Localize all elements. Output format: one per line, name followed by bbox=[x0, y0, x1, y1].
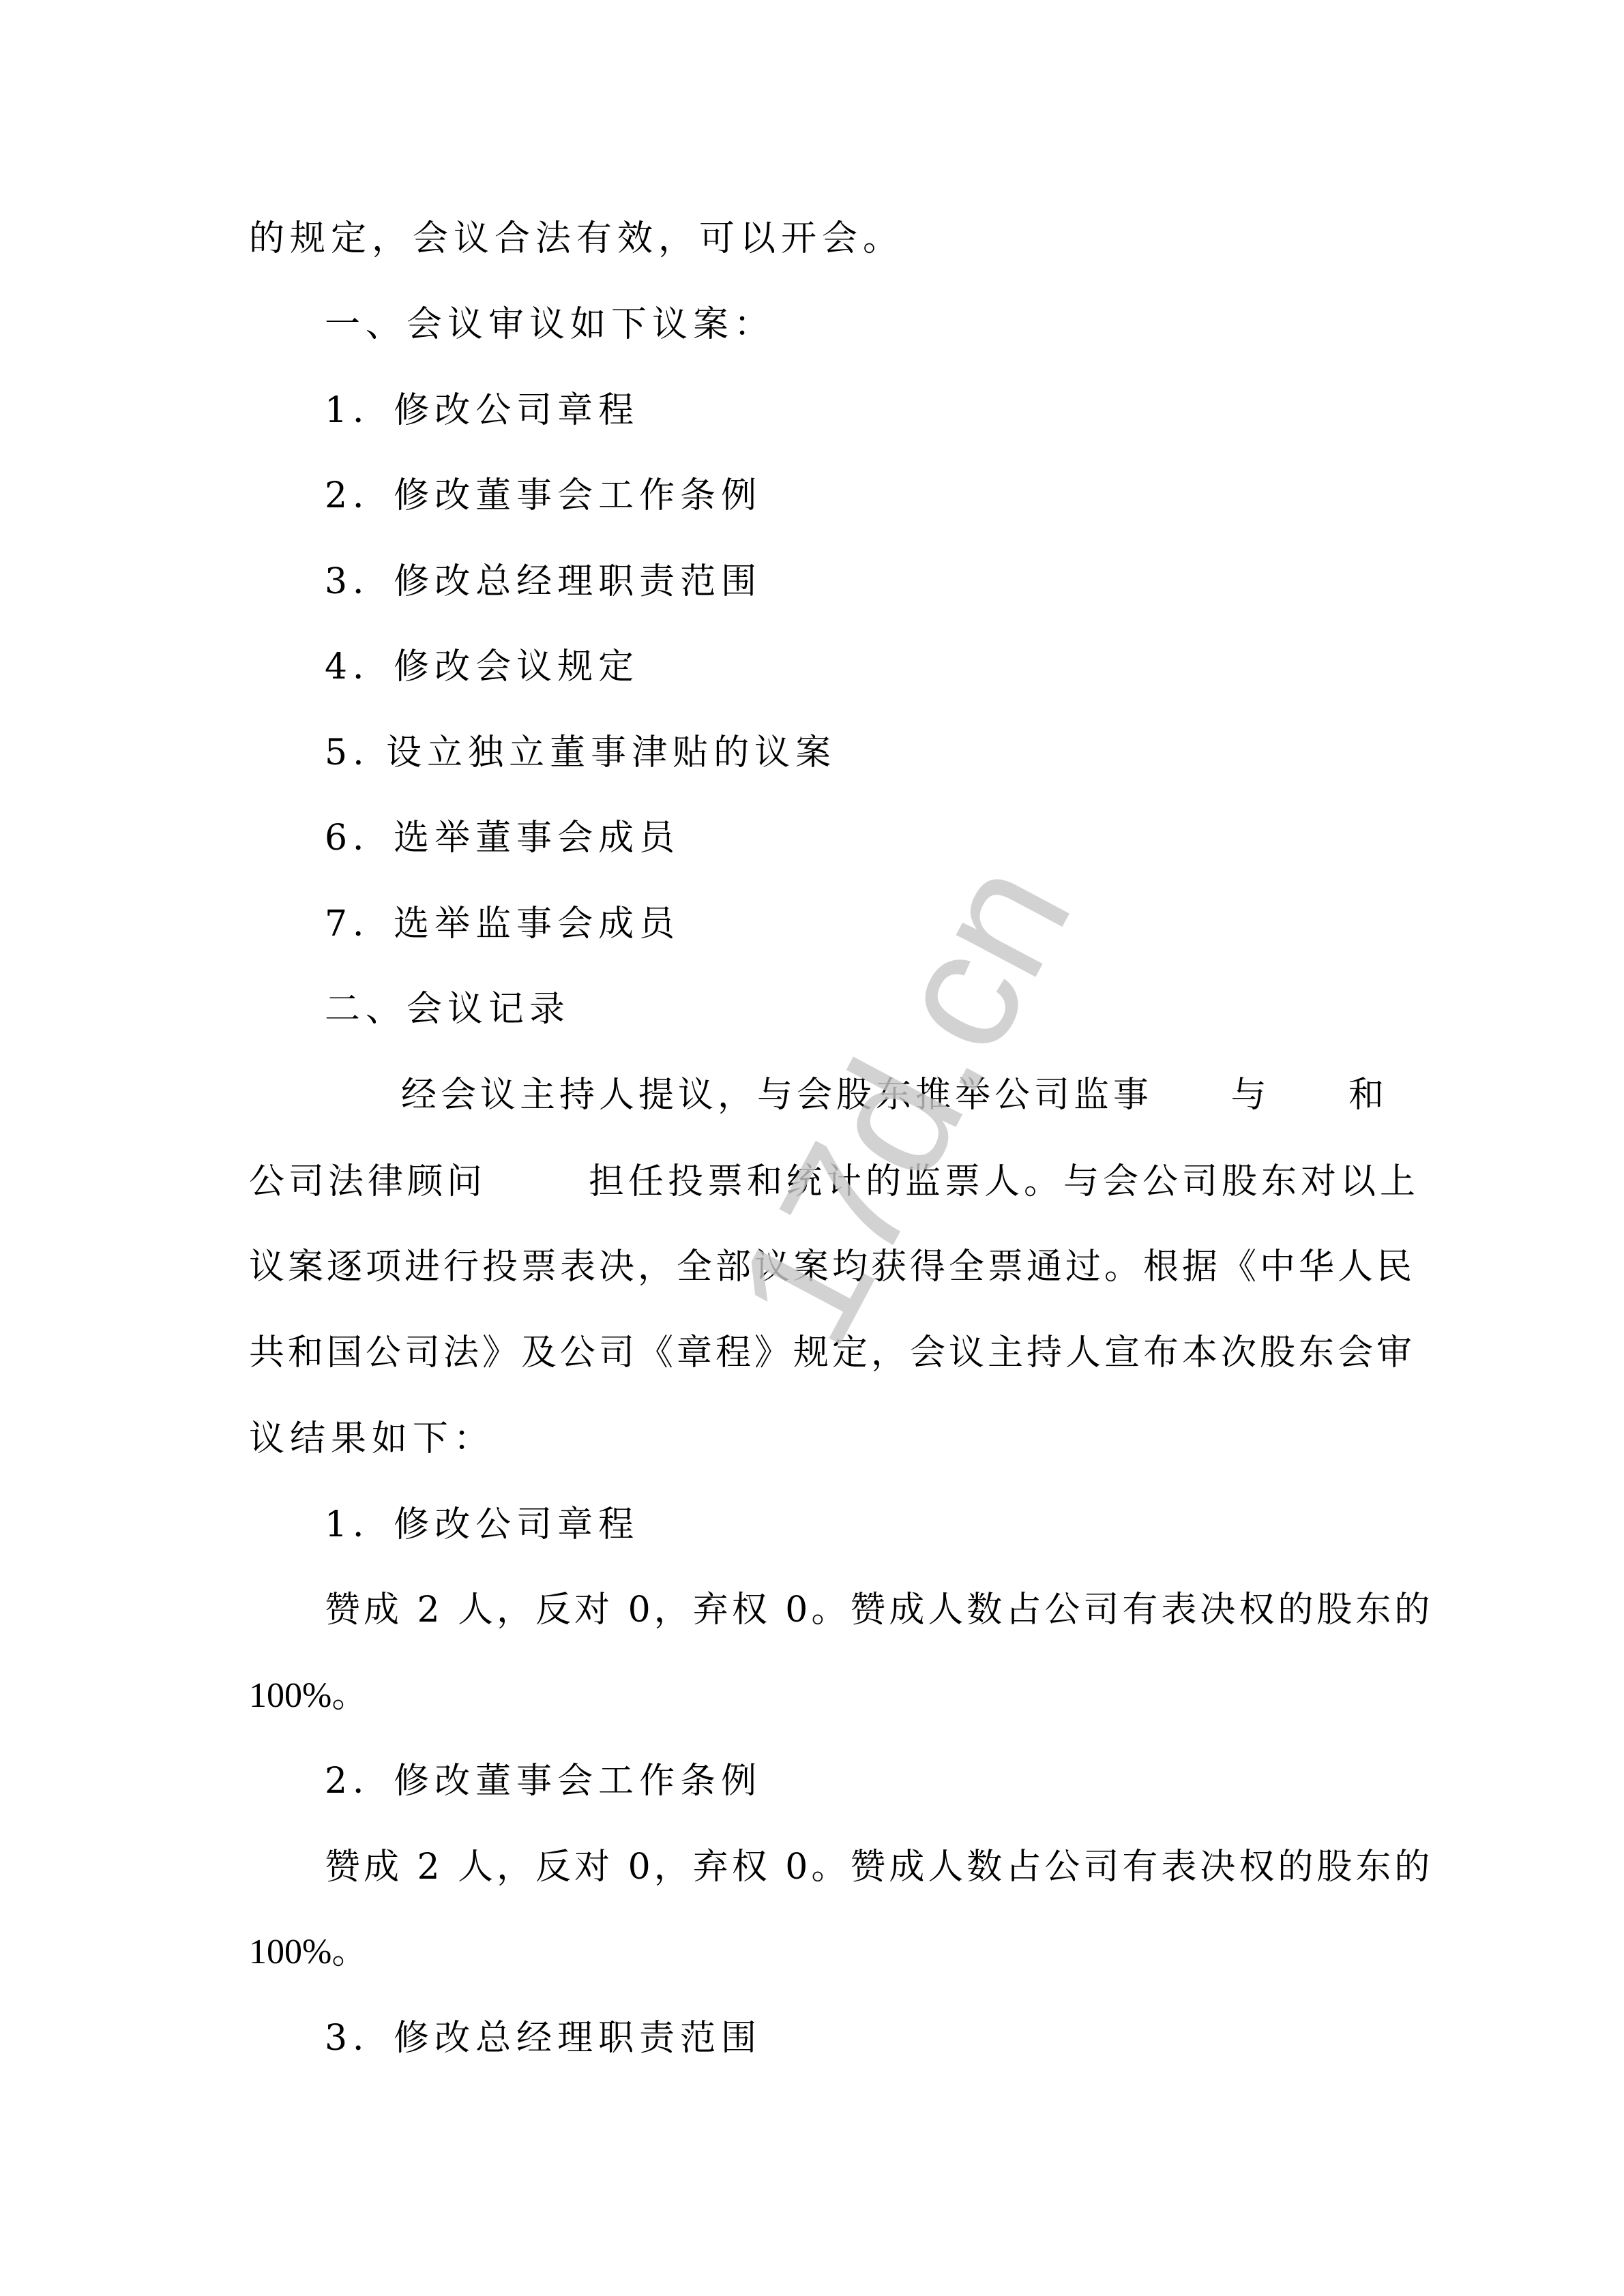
agenda-item: 1．修改公司章程 bbox=[325, 389, 639, 432]
record-text: 与 bbox=[1230, 1073, 1270, 1117]
record-line-4: 共和国公司法》及公司《章程》规定，会议主持人宣布本次股东会审 bbox=[249, 1331, 1415, 1375]
document-page: 的规定，会议合法有效，可以开会。 一、会议审议如下议案： 1．修改公司章程 2．… bbox=[0, 0, 1624, 2296]
result-percentage: 100%。 bbox=[249, 1674, 367, 1718]
agenda-item: 7．选举监事会成员 bbox=[325, 902, 680, 946]
record-text: 经会议主持人提议，与会股东推举公司监事 bbox=[401, 1073, 1153, 1117]
record-text: 担任投票和统计的监票人。与会公司股东对以上 bbox=[589, 1161, 1419, 1202]
record-line-2: 公司法律顾问担任投票和统计的监票人。与会公司股东对以上 bbox=[249, 1160, 1419, 1204]
agenda-item: 5. 设立独立董事津贴的议案 bbox=[325, 731, 836, 775]
section-heading-record: 二、会议记录 bbox=[325, 987, 570, 1031]
record-line-5: 议结果如下： bbox=[249, 1417, 494, 1461]
record-line-1: 经会议主持人提议，与会股东推举公司监事 与 和 bbox=[401, 1073, 1388, 1117]
agenda-item: 4．修改会议规定 bbox=[325, 645, 639, 689]
paragraph-continuation: 的规定，会议合法有效，可以开会。 bbox=[249, 217, 904, 260]
section-heading-agenda: 一、会议审议如下议案： bbox=[325, 303, 775, 346]
result-title: 3．修改总经理职责范围 bbox=[325, 2016, 762, 2060]
agenda-item: 3．修改总经理职责范围 bbox=[325, 560, 762, 603]
result-percentage: 100%。 bbox=[249, 1930, 367, 1974]
record-line-3: 议案逐项进行投票表决，全部议案均获得全票通过。根据《中华人民 bbox=[249, 1245, 1415, 1289]
record-text: 公司法律顾问 bbox=[249, 1161, 486, 1202]
result-title: 2．修改董事会工作条例 bbox=[325, 1759, 762, 1803]
result-vote: 赞成 2 人，反对 0，弃权 0。赞成人数占公司有表决权的股东的 bbox=[325, 1845, 1433, 1889]
agenda-item: 2．修改董事会工作条例 bbox=[325, 474, 762, 518]
record-text: 和 bbox=[1348, 1073, 1388, 1117]
result-title: 1．修改公司章程 bbox=[325, 1503, 639, 1547]
agenda-item: 6．选举董事会成员 bbox=[325, 816, 680, 860]
result-vote: 赞成 2 人，反对 0，弃权 0。赞成人数占公司有表决权的股东的 bbox=[325, 1588, 1433, 1632]
